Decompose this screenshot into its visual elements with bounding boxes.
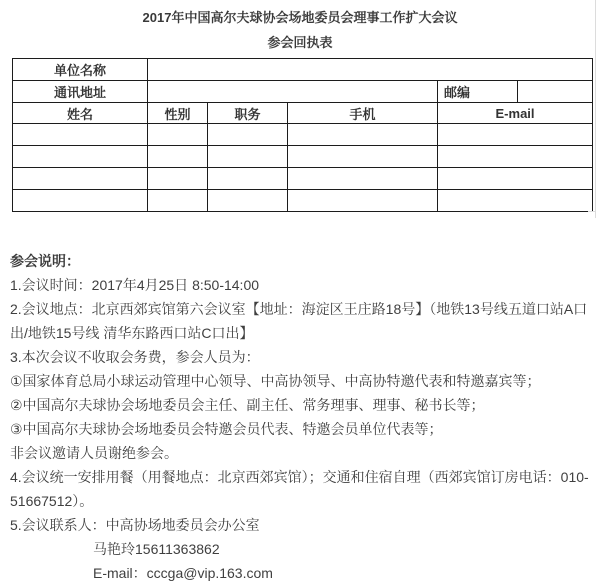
attendee-row — [13, 190, 593, 212]
note-item-fee-attendees: 3.本次会议不收取会务费，参会人员为： — [10, 345, 590, 369]
attendee-name-cell — [13, 146, 148, 168]
address-row: 通讯地址 邮编 — [13, 81, 593, 103]
note-item-attendee-group-1: ①国家体育总局小球运动管理中心领导、中高协领导、中高协特邀代表和特邀嘉宾等； — [10, 369, 590, 393]
note-item-meals-lodging: 4.会议统一安排用餐（用餐地点：北京西郊宾馆）；交通和住宿自理（西郊宾馆订房电话… — [10, 465, 590, 513]
attendee-position-cell — [208, 124, 288, 146]
address-label: 通讯地址 — [13, 81, 148, 103]
attendee-gender-cell — [148, 124, 208, 146]
attendee-email-cell — [438, 124, 593, 146]
address-input-cell — [148, 81, 438, 103]
form-title: 参会回执表 — [0, 35, 600, 51]
attendee-gender-cell — [148, 190, 208, 212]
attendee-row — [13, 146, 593, 168]
unit-name-row: 单位名称 — [13, 59, 593, 81]
attendee-gender-cell — [148, 146, 208, 168]
registration-table: 单位名称 通讯地址 邮编 姓名 性别 职务 手机 E-mail — [12, 58, 593, 212]
attendee-email-cell — [438, 168, 593, 190]
attendee-name-cell — [13, 190, 148, 212]
attendee-gender-cell — [148, 168, 208, 190]
notes-heading: 参会说明： — [10, 249, 590, 273]
unit-name-label: 单位名称 — [13, 59, 148, 81]
right-edge-border — [595, 0, 596, 218]
note-item-contact-phone: 马艳玲15611363862 — [10, 537, 590, 561]
attendee-row — [13, 124, 593, 146]
note-item-contact-office: 5.会议联系人：中高协场地委员会办公室 — [10, 513, 590, 537]
attendee-position-cell — [208, 146, 288, 168]
note-item-contact-email: E-mail：cccga@vip.163.com — [10, 561, 590, 585]
attendee-position-cell — [208, 190, 288, 212]
attendee-header-row: 姓名 性别 职务 手机 E-mail — [13, 103, 593, 124]
attendee-name-cell — [13, 168, 148, 190]
page-title: 2017年中国高尔夫球协会场地委员会理事工作扩大会议 — [0, 0, 600, 26]
column-header-mobile: 手机 — [288, 103, 438, 124]
right-edge-tick — [588, 211, 595, 212]
column-header-email: E-mail — [438, 103, 593, 124]
attendee-mobile-cell — [288, 168, 438, 190]
attendee-mobile-cell — [288, 190, 438, 212]
attendee-row — [13, 168, 593, 190]
attendee-email-cell — [438, 190, 593, 212]
attendee-mobile-cell — [288, 146, 438, 168]
note-item-meeting-place: 2.会议地点：北京西郊宾馆第六会议室【地址：海淀区王庄路18号】（地铁13号线五… — [10, 297, 590, 345]
column-header-name: 姓名 — [13, 103, 148, 124]
attendee-mobile-cell — [288, 124, 438, 146]
note-item-meeting-time: 1.会议时间：2017年4月25日 8:50-14:00 — [10, 273, 590, 297]
note-item-no-uninvited: 非会议邀请人员谢绝参会。 — [10, 441, 590, 465]
postal-code-input-cell — [518, 81, 593, 103]
page: 2017年中国高尔夫球协会场地委员会理事工作扩大会议 参会回执表 单位名称 通讯… — [0, 0, 600, 587]
column-header-position: 职务 — [208, 103, 288, 124]
unit-name-input-cell — [148, 59, 593, 81]
attendee-email-cell — [438, 146, 593, 168]
attendee-name-cell — [13, 124, 148, 146]
postal-code-label: 邮编 — [438, 81, 518, 103]
column-header-gender: 性别 — [148, 103, 208, 124]
attendee-position-cell — [208, 168, 288, 190]
note-item-attendee-group-3: ③中国高尔夫球协会场地委员会特邀会员代表、特邀会员单位代表等； — [10, 417, 590, 441]
notes-section: 参会说明： 1.会议时间：2017年4月25日 8:50-14:00 2.会议地… — [10, 249, 590, 585]
note-item-attendee-group-2: ②中国高尔夫球协会场地委员会主任、副主任、常务理事、理事、秘书长等； — [10, 393, 590, 417]
